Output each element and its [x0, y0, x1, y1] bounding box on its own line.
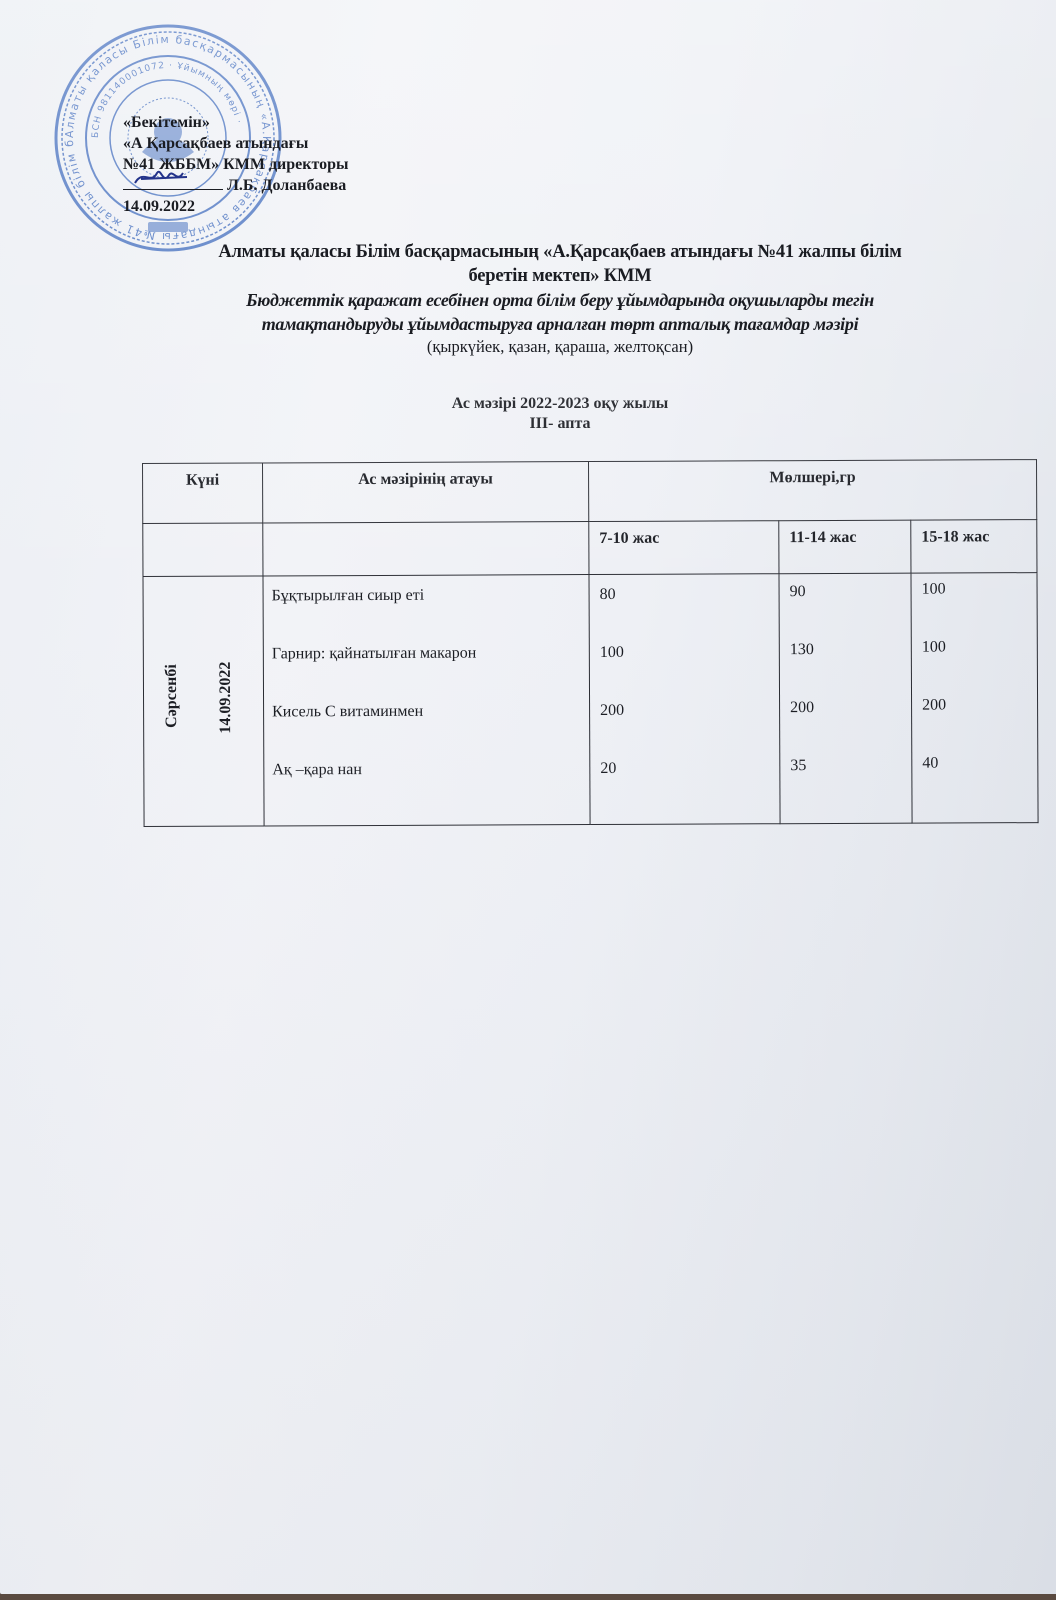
approval-block: «Бекітемін» «А Қарсақбаев атындағы №41 Ж… [123, 112, 349, 217]
amount-value: 90 [780, 582, 911, 641]
dish-item: Гарнир: қайнатылған макарон [264, 643, 589, 702]
amounts-15-18-cell: 100 100 200 40 [911, 573, 1038, 824]
dish-item: Ақ –қара нан [264, 759, 589, 818]
amount-value: 40 [912, 753, 1037, 812]
dish-item: Бұқтырылған сиыр еті [264, 585, 589, 644]
approval-date: 14.09.2022 [123, 196, 349, 217]
amount-value: 130 [780, 640, 911, 699]
header-day: Күні [143, 463, 263, 524]
amounts-11-14-cell: 90 130 200 35 [779, 573, 912, 824]
menu-heading: Ас мәзірі 2022-2023 оқу жылы ІІІ- апта [100, 394, 1020, 434]
menu-table: Күні Ас мәзірінің атауы Мөлшері,гр 7-10 … [142, 459, 1039, 827]
director-name: Л.Б. Доланбаева [227, 177, 346, 194]
menu-year: Ас мәзірі 2022-2023 оқу жылы [100, 394, 1020, 414]
amount-value: 100 [912, 579, 1037, 638]
dish-names-cell: Бұқтырылған сиыр еті Гарнир: қайнатылған… [263, 575, 590, 826]
amount-value: 200 [780, 698, 911, 757]
table-subheader-row: 7-10 жас 11-14 жас 15-18 жас [143, 520, 1037, 577]
age-group-15-18: 15-18 жас [911, 520, 1037, 574]
amount-value: 35 [780, 756, 911, 815]
age-group-7-10: 7-10 жас [589, 521, 779, 575]
day-name: Сәрсенбі [163, 668, 181, 728]
amount-value: 20 [590, 758, 779, 817]
org-title-line-1: Алматы қаласы Білім басқармасының «А.Қар… [100, 240, 1020, 264]
school-line: «А Қарсақбаев атындағы [123, 133, 349, 154]
subtitle-line-2: тамақтандыруды ұйымдастыруға арналған тө… [100, 312, 1020, 336]
amount-value: 100 [912, 637, 1037, 696]
amount-value: 200 [912, 695, 1037, 754]
subtitle-line-1: Бюджеттік қаражат есебінен орта білім бе… [100, 288, 1020, 312]
document-page: Алматы қаласы Білім басқармасының «А.Қар… [0, 0, 1056, 1594]
week-label: ІІІ- апта [100, 414, 1020, 434]
amount-value: 200 [590, 700, 779, 759]
table-header-row: Күні Ас мәзірінің атауы Мөлшері,гр [143, 460, 1037, 524]
day-date: 14.09.2022 [217, 648, 235, 748]
amount-value: 80 [590, 584, 779, 643]
table-row: Сәрсенбі 14.09.2022 Бұқтырылған сиыр еті… [143, 573, 1038, 827]
signature-icon [133, 165, 193, 189]
signature-line [123, 175, 223, 190]
approved-label: «Бекітемін» [123, 112, 349, 133]
header-amount: Мөлшері,гр [588, 460, 1036, 522]
amount-value: 100 [590, 642, 779, 701]
dish-item: Кисель С витаминмен [264, 701, 589, 760]
subheader-empty-day [143, 523, 263, 577]
header-dish-name: Ас мәзірінің атауы [263, 462, 589, 523]
document-titles: Алматы қаласы Білім басқармасының «А.Қар… [100, 240, 1020, 358]
months-line: (қыркүйек, қазан, қараша, желтоқсан) [100, 336, 1020, 358]
age-group-11-14: 11-14 жас [779, 520, 911, 574]
subheader-empty-name [263, 522, 589, 576]
day-cell: Сәрсенбі 14.09.2022 [143, 576, 264, 827]
amounts-7-10-cell: 80 100 200 20 [589, 574, 780, 825]
org-title-line-2: беретін мектеп» КММ [100, 264, 1020, 288]
